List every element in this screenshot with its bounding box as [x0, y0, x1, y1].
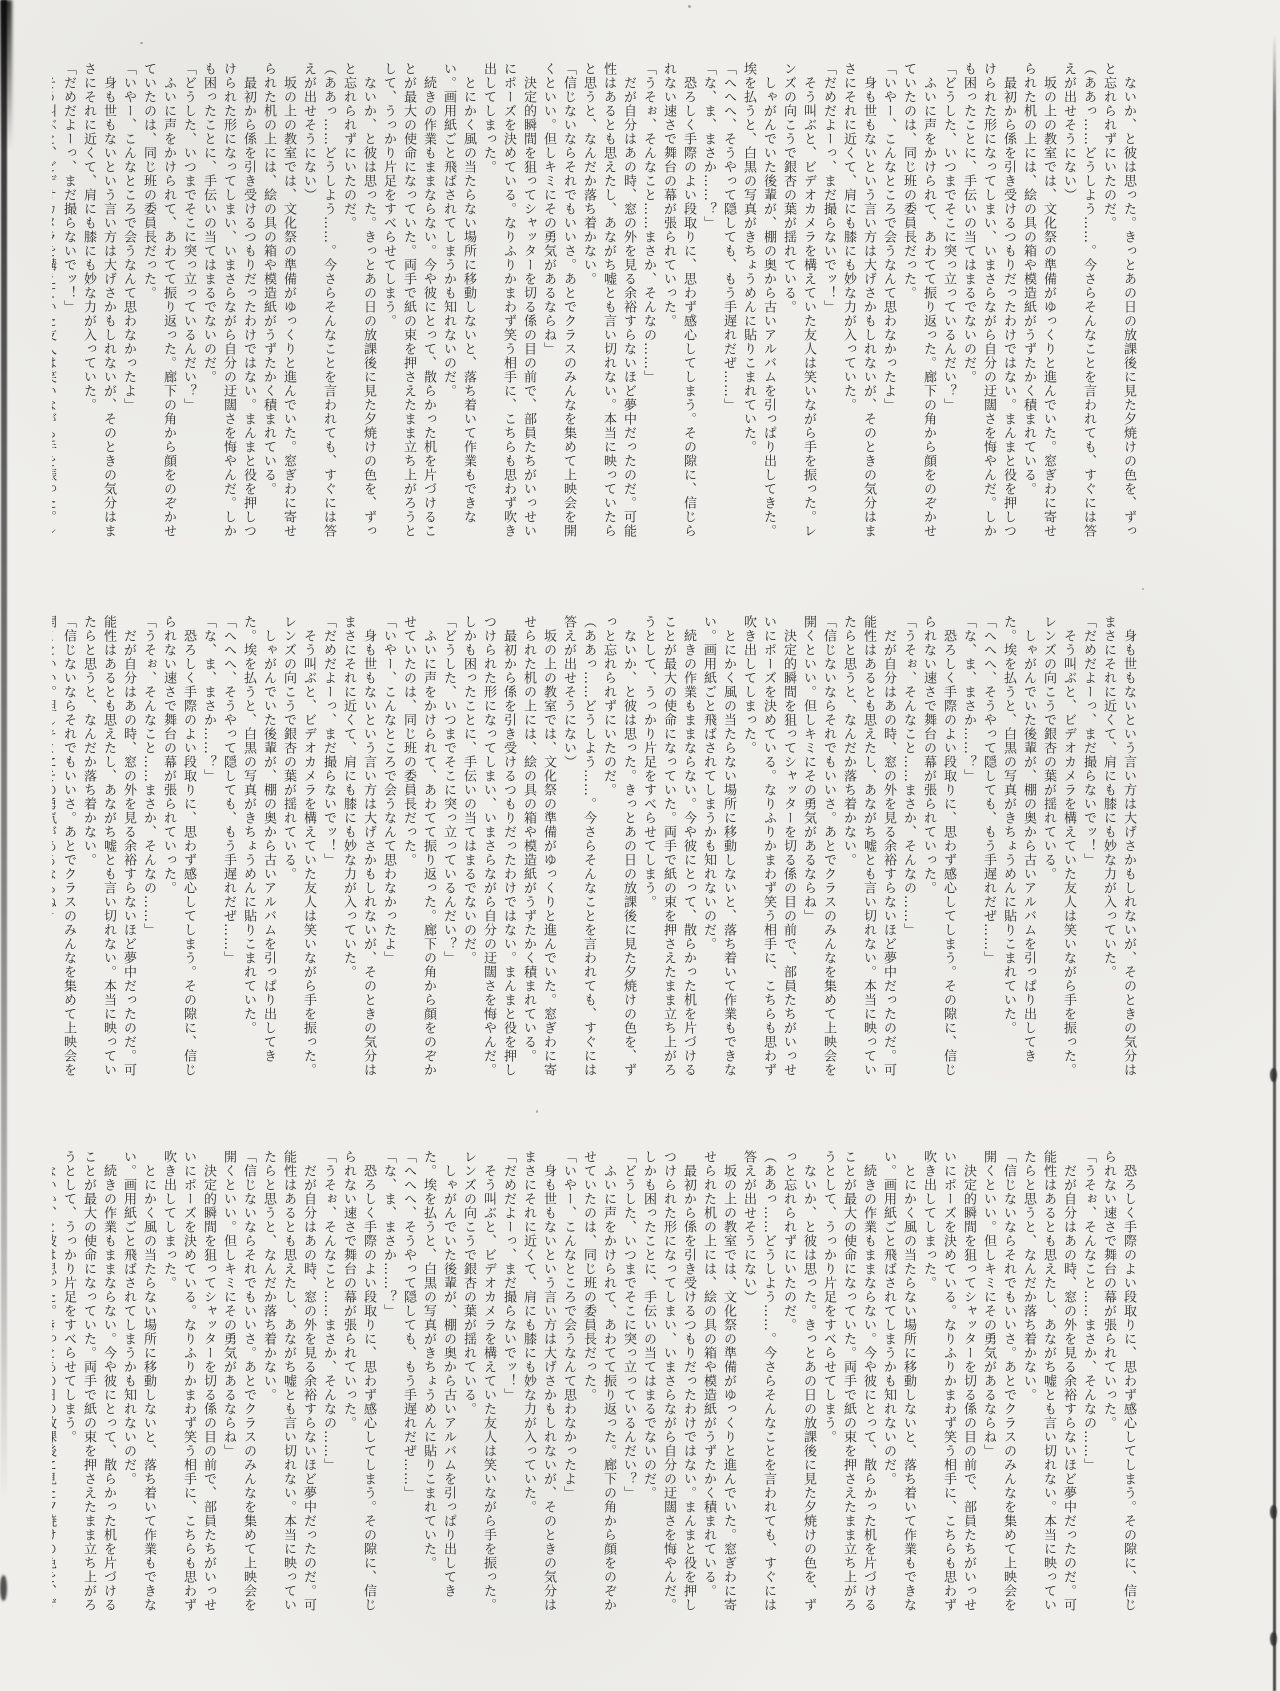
scan-edge-right-blob: [1270, 1505, 1277, 1519]
dust-speck: [688, 5, 691, 8]
dust-speck: [140, 42, 143, 44]
scan-edge-left: [1, 0, 7, 1502]
dust-speck: [536, 1110, 538, 1113]
dust-speck: [1142, 588, 1144, 590]
text-column-band-2: 身も世もないという言い方は大げさかもしれないが、そのときの気分はまさにそれに近く…: [52, 615, 1138, 1080]
scan-edge-right-blob: [1270, 1632, 1277, 1646]
scan-edge-left-blob: [0, 1575, 7, 1601]
text-column-band-3: 恐ろしく手際のよい段取りに、思わず感心してしまう。その隙に、信じられない速さで舞…: [52, 1150, 1138, 1620]
scan-edge-left-smudge: [0, 0, 12, 150]
scanned-page: ないか、と彼は思った。きっとあの日の放課後に見た夕焼けの色を、ずっと忘れられずに…: [0, 0, 1280, 1691]
scan-edge-right-blob: [1270, 1068, 1277, 1082]
text-column-band-1: ないか、と彼は思った。きっとあの日の放課後に見た夕焼けの色を、ずっと忘れられずに…: [52, 62, 1138, 545]
scan-edge-right: [1273, 34, 1276, 1691]
